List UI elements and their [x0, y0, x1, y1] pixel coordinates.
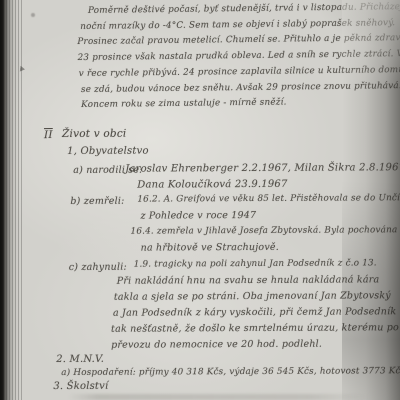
handwritten-line: převozu do nemocnice ve 20 hod. podlehl. — [111, 339, 322, 351]
subsection-schools-heading: 3. Školství — [53, 381, 108, 392]
section-number: II — [44, 129, 53, 141]
paper-speck — [31, 13, 35, 17]
cut-off-faint-line — [68, 394, 368, 400]
entry-label-died: b) zemřeli: — [70, 196, 124, 207]
subsection-mnv-heading: 2. M.N.V. — [56, 354, 104, 365]
section-title: Život v obci — [62, 128, 126, 140]
handwritten-line: z Pohledce v roce 1947 — [140, 210, 256, 222]
handwritten-line: Při nakládání hnu na svahu se hnula nakl… — [117, 274, 380, 286]
entry-label-perished: c) zahynuli: — [69, 262, 127, 273]
scanned-chronicle-page: Poměrně deštivé počasí, byť studenější, … — [0, 0, 400, 400]
subsection-population-heading: 1, Obyvatelstvo — [67, 146, 149, 157]
scan-shadow-right — [342, 0, 400, 400]
handwritten-line: na hřbitově ve Strachujově. — [141, 242, 279, 254]
handwritten-line: Dana Koloučíková 23.9.1967 — [137, 179, 287, 191]
section-life-in-village: II Život v obci 1, Obyvatelstvo a) narod… — [0, 0, 400, 400]
binding-shadow-left — [0, 0, 22, 400]
handwritten-line: 1.9. tragicky na poli zahynul Jan Podsed… — [134, 258, 377, 269]
